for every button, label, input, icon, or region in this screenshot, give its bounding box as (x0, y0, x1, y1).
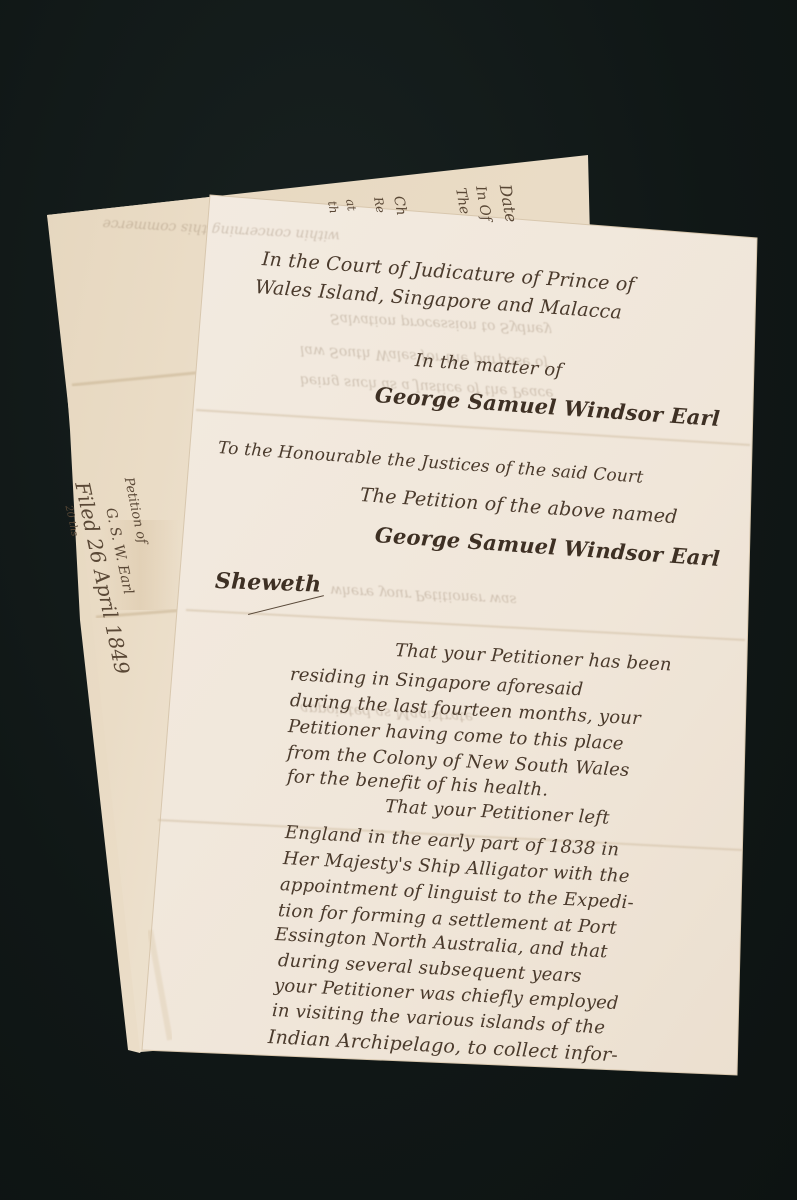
back-fragment: th (325, 200, 341, 215)
sheweth-label: Sheweth (215, 568, 322, 598)
document-photo: Date In Of The Ch Re at th Petition of G… (0, 0, 797, 1200)
back-fragment: at (343, 198, 359, 212)
back-fragment: Re (371, 196, 388, 214)
back-fragment: Ch (390, 195, 409, 217)
